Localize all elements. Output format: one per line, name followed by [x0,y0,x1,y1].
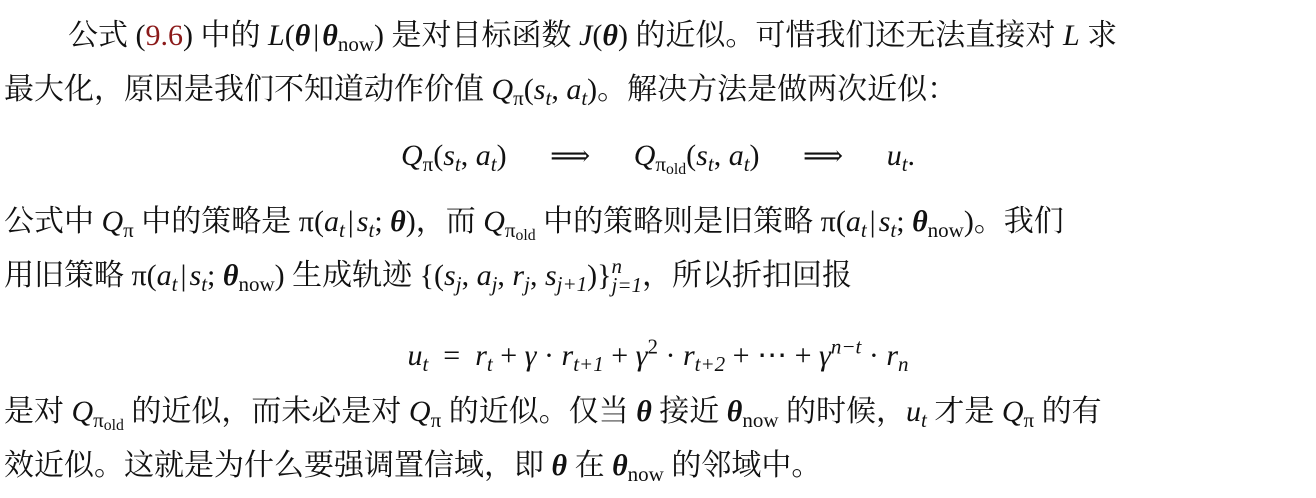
text: 的近似。仅当 [441,395,636,428]
text: 公式 ( [68,19,146,52]
equation-ref-link[interactable]: 9.6 [146,19,184,52]
text: 效近似。这就是为什么要强调置信域，即 [4,449,552,482]
math-L: L [1063,19,1080,52]
math-Q-pi: Qπ(st, at) [401,139,507,172]
math-u-t: ut [906,395,927,428]
math-theta-now: θnow [612,449,664,482]
text: 用旧策略 [4,259,132,292]
paragraph-1-line-2: 最大化，原因是我们不知道动作价值 Qπ(st, at)。解决方法是做两次近似： [4,70,957,110]
math-trajectory: {(sj, aj, rj, sj+1)}nj=1 [420,259,642,292]
text: 最大化，原因是我们不知道动作价值 [4,73,492,106]
math-old-policy: π(at|st; θnow) [821,205,974,238]
paragraph-1-line-1: 公式 (9.6) 中的 L(θ|θnow) 是对目标函数 J(θ) 的近似。可惜… [68,16,1117,56]
implies-arrow: ⟹ [803,141,843,172]
math-Q-pi-old: Qπold [483,205,535,238]
math-Q-pi-old: Qπold(st, at) [634,139,760,172]
text: 中的策略是 [134,205,299,238]
paragraph-2-line-2: 用旧策略 π(at|st; θnow) 生成轨迹 {(sj, aj, rj, s… [4,256,852,296]
math-Q-pi-old: Qπold [72,395,124,428]
implies-arrow: ⟹ [550,141,590,172]
text: ，所以折扣回报 [642,259,852,292]
text: 中的策略则是旧策略 [536,205,821,238]
math-L: L(θ|θnow) [268,19,384,52]
paragraph-2-line-1: 公式中 Qπ 中的策略是 π(at|st; θ)，而 Qπold 中的策略则是旧… [4,202,1064,242]
math-Q-pi: Qπ [1002,395,1034,428]
display-equation-2: ut = rt + γ · rt+1 + γ2 · rt+2 + ⋯ + γn−… [0,324,1316,385]
text: ) 中的 [183,19,268,52]
math-u-t: ut. [887,139,915,172]
paragraph-3-line-1: 是对 Qπold 的近似，而未必是对 Qπ 的近似。仅当 θ 接近 θnow 的… [4,392,1102,432]
text: 是对 [4,395,72,428]
math-old-policy: π(at|st; θnow) [132,259,285,292]
math-J: J(θ) [579,19,628,52]
text: 的有 [1034,395,1102,428]
math-Q-pi: Qπ [102,205,134,238]
text: 生成轨迹 [285,259,420,292]
text: 。解决方法是做两次近似： [597,73,957,106]
math-policy: π(at|st; θ) [299,205,416,238]
math-theta-now: θnow [727,395,779,428]
paragraph-3-line-2: 效近似。这就是为什么要强调置信域，即 θ 在 θnow 的邻域中。 [4,446,821,486]
text: 的邻域中。 [664,449,822,482]
text: 在 [567,449,612,482]
text: ，而 [416,205,484,238]
math-Q-pi: Qπ(st, at) [492,73,598,106]
text: 公式中 [4,205,102,238]
text: 才是 [927,395,1002,428]
display-equation-1: Qπ(st, at) ⟹ Qπold(st, at) ⟹ ut. [0,134,1316,192]
math-theta: θ [552,449,568,482]
text: 是对目标函数 [384,19,579,52]
text: 的时候， [779,395,907,428]
math-theta: θ [636,395,652,428]
text: 。我们 [974,205,1064,238]
text: 的近似，而未必是对 [124,395,409,428]
text: 接近 [652,395,727,428]
text: 的近似。可惜我们还无法直接对 [628,19,1063,52]
text: 求 [1080,19,1118,52]
math-Q-pi: Qπ [409,395,441,428]
math-discounted-return: ut = rt + γ · rt+1 + γ2 · rt+2 + ⋯ + γn−… [407,339,908,372]
